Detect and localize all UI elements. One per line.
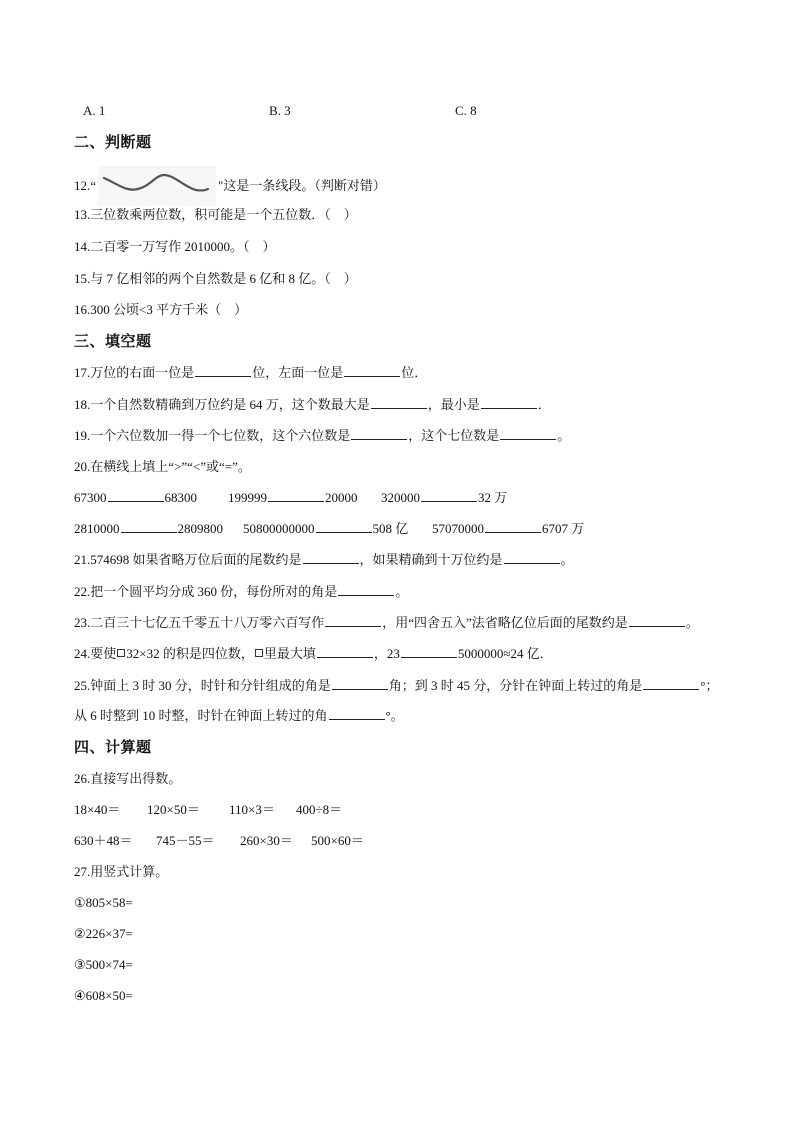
answer-blank[interactable]: [121, 520, 177, 533]
calc-item: 18×40＝: [74, 801, 120, 819]
compare-row-1c: 32000032 万: [381, 489, 507, 507]
option-a: A. 1: [83, 102, 105, 120]
answer-blank[interactable]: [629, 614, 685, 627]
answer-blank[interactable]: [338, 583, 394, 596]
section-title-judge: 二、判断题: [74, 132, 152, 152]
question-18: 18.一个自然数精确到万位约是 64 万，这个数最大是，最小是．: [74, 396, 551, 414]
worksheet-page: A. 1 B. 3 C. 8 二、判断题 12.“"这是一条线段。（判断对错） …: [0, 0, 793, 1122]
calc-item: 110×3＝: [229, 801, 275, 819]
compare-row-2a: 28100002809800: [74, 520, 223, 538]
vertical-calc-item: ④608×50=: [74, 987, 133, 1005]
calc-item: 630＋48＝: [74, 832, 133, 850]
question-15: 15.与 7 亿相邻的两个自然数是 6 亿和 8 亿。（ ）: [74, 270, 357, 288]
vertical-calc-item: ①805×58=: [74, 894, 133, 912]
answer-blank[interactable]: [303, 551, 359, 564]
answer-blank[interactable]: [421, 489, 477, 502]
question-24: 24.要使32×32 的积是四位数，里最大填，235000000≈24 亿．: [74, 645, 553, 663]
question-14: 14.二百零一万写作 2010000。（ ）: [74, 238, 276, 256]
question-22: 22.把一个圆平均分成 360 份，每份所对的角是。: [74, 583, 408, 601]
section-title-calc: 四、计算题: [74, 737, 152, 757]
answer-blank[interactable]: [332, 677, 388, 690]
vertical-calc-item: ③500×74=: [74, 956, 133, 974]
question-16: 16.300 公顷<3 平方千米（ ）: [74, 301, 247, 319]
answer-blank[interactable]: [108, 489, 164, 502]
compare-item: 6730068300: [74, 490, 197, 505]
question-25-line-2: 从 6 时整到 10 时整，时针在钟面上转过的角°。: [74, 707, 404, 725]
answer-blank[interactable]: [481, 396, 537, 409]
compare-row-1b: 19999920000: [228, 489, 358, 507]
question-13: 13.三位数乘两位数，积可能是一个五位数．（ ）: [74, 206, 357, 224]
section-title-fill: 三、填空题: [74, 331, 152, 351]
question-25: 25.钟面上 3 时 30 分，时针和分针组成的角是角；到 3 时 45 分，分…: [74, 677, 718, 695]
calc-item: 500×60＝: [311, 832, 364, 850]
option-b: B. 3: [269, 102, 291, 120]
box-icon: [255, 649, 263, 657]
compare-row-1: 6730068300: [74, 489, 197, 507]
calc-item: 745－55＝: [156, 832, 215, 850]
calc-item: 260×30＝: [240, 832, 293, 850]
answer-blank[interactable]: [371, 396, 427, 409]
q12-prefix: 12.“: [74, 178, 96, 193]
answer-blank[interactable]: [195, 364, 251, 377]
answer-blank[interactable]: [317, 645, 373, 658]
answer-blank[interactable]: [500, 427, 556, 440]
option-c: C. 8: [455, 102, 477, 120]
answer-blank[interactable]: [351, 427, 407, 440]
question-19: 19.一个六位数加一得一个七位数，这个六位数是，这个七位数是。: [74, 427, 570, 445]
answer-blank[interactable]: [401, 645, 457, 658]
question-17: 17.万位的右面一位是位，左面一位是位．: [74, 364, 427, 382]
question-23: 23.二百三十七亿五千零五十八万零六百写作，用“四舍五入”法省略亿位后面的尾数约…: [74, 614, 699, 632]
question-12: 12.“"这是一条线段。（判断对错）: [74, 167, 386, 207]
calc-item: 120×50＝: [147, 801, 200, 819]
calc-item: 400÷8＝: [296, 801, 342, 819]
answer-blank[interactable]: [268, 489, 324, 502]
compare-row-2c: 570700006707 万: [432, 520, 584, 538]
question-26: 26.直接写出得数。: [74, 770, 181, 788]
answer-blank[interactable]: [504, 551, 560, 564]
answer-blank[interactable]: [316, 520, 372, 533]
wavy-curve-image: [98, 166, 216, 206]
question-21: 21.574698 如果省略万位后面的尾数约是，如果精确到十万位约是。: [74, 551, 574, 569]
answer-blank[interactable]: [325, 614, 381, 627]
q12-suffix: "这是一条线段。（判断对错）: [218, 178, 386, 193]
answer-blank[interactable]: [344, 364, 400, 377]
answer-blank[interactable]: [329, 707, 385, 720]
question-20: 20.在横线上填上“>”“<”或“=”。: [74, 458, 251, 476]
compare-row-2b: 50800000000508 亿: [243, 520, 408, 538]
answer-blank[interactable]: [485, 520, 541, 533]
question-27: 27.用竖式计算。: [74, 863, 168, 881]
box-icon: [117, 649, 125, 657]
answer-blank[interactable]: [643, 677, 699, 690]
vertical-calc-item: ②226×37=: [74, 925, 133, 943]
